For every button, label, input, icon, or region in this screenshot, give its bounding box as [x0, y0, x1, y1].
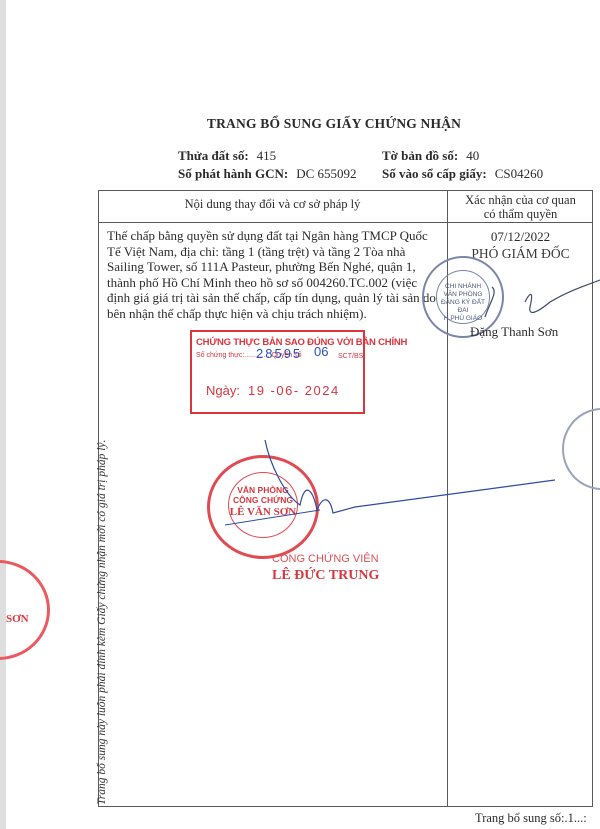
change-content: Thế chấp bằng quyền sử dụng đất tại Ngân… — [107, 228, 443, 322]
notary-signature — [225, 435, 555, 545]
map-sheet-label: Tờ bản đồ số: — [382, 148, 458, 163]
parcel-value: 415 — [257, 148, 277, 163]
certified-date: Ngày:19 -06- 2024 — [206, 383, 340, 398]
registry-label: Số vào sổ cấp giấy: — [382, 166, 487, 181]
partial-seal-left-text: SƠN — [6, 613, 29, 625]
certified-number-value: 28595 — [256, 346, 302, 361]
table-header-divider — [98, 222, 593, 223]
certified-book-suffix: SCT/BS — [338, 353, 363, 360]
column-header-changes: Nội dung thay đổi và cơ sở pháp lý — [98, 197, 447, 212]
confirmation-signer: Đặng Thanh Sơn — [470, 324, 558, 340]
certified-book-value: 06 — [314, 344, 328, 359]
notary-title: CÔNG CHỨNG VIÊN — [272, 553, 379, 565]
gcn-issue-value: DC 655092 — [296, 166, 356, 181]
map-sheet-value: 40 — [466, 148, 479, 163]
registry-value: CS04260 — [495, 166, 543, 181]
parcel-label: Thửa đất số: — [178, 148, 249, 163]
certified-date-label: Ngày: — [206, 383, 240, 398]
column-header-confirmation: Xác nhận của cơ quan có thẩm quyền — [448, 193, 593, 221]
page-number: Trang bổ sung số:.1...: — [475, 811, 587, 826]
notary-name: LÊ ĐỨC TRUNG — [272, 568, 379, 584]
registry-number: Số vào sổ cấp giấy:CS04260 — [382, 166, 543, 182]
gcn-issue-number: Số phát hành GCN:DC 655092 — [178, 166, 357, 182]
gcn-issue-label: Số phát hành GCN: — [178, 166, 288, 181]
document-title: TRANG BỔ SUNG GIẤY CHỨNG NHẬN — [0, 116, 600, 132]
legal-side-note: Trang bổ sung này luôn phải đính kèm Giấ… — [96, 440, 108, 805]
confirmation-date: 07/12/2022 — [448, 229, 593, 245]
certified-date-value: 19 -06- 2024 — [248, 383, 340, 398]
confirmation-header-line2: có thẩm quyền — [448, 207, 593, 221]
map-sheet-number: Tờ bản đồ số:40 — [382, 148, 479, 164]
parcel-number: Thửa đất số:415 — [178, 148, 276, 164]
certified-copy-stamp: CHỨNG THỰC BẢN SAO ĐÚNG VỚI BẢN CHÍNH Số… — [190, 330, 365, 414]
partial-seal-left — [0, 560, 50, 660]
confirmation-header-line1: Xác nhận của cơ quan — [448, 193, 593, 207]
